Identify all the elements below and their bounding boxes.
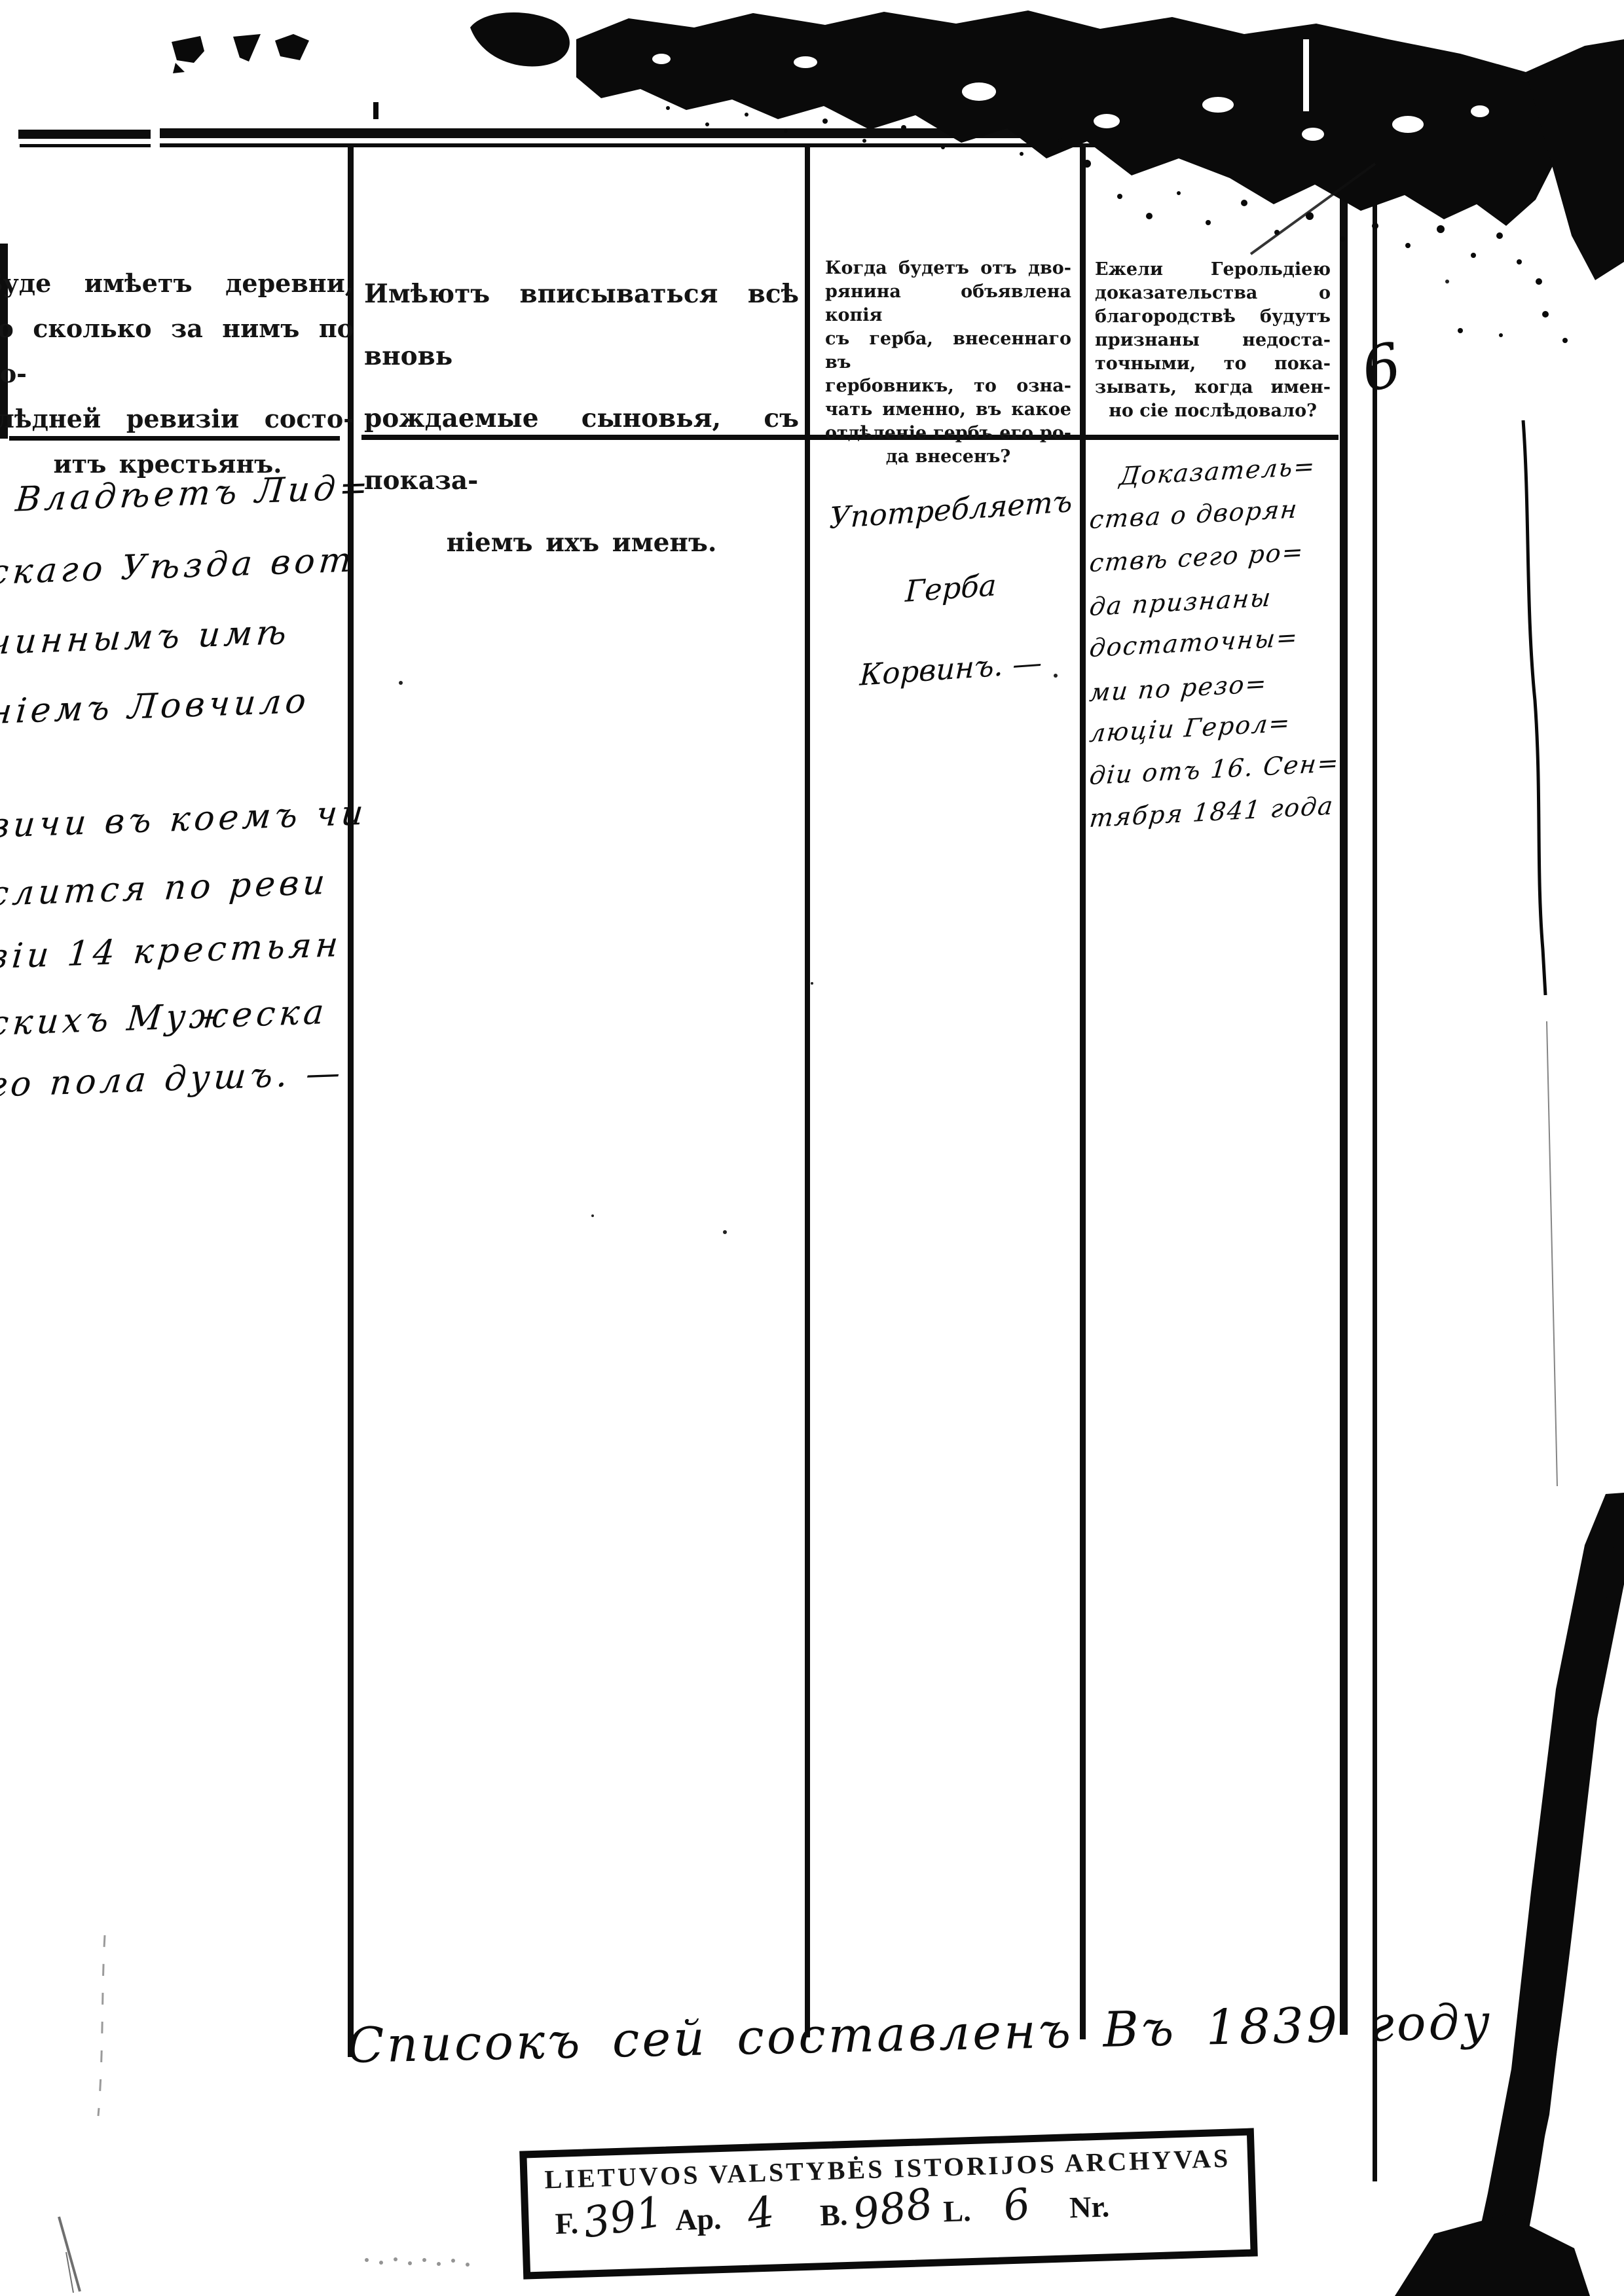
- stamp-field-label: F.: [555, 2206, 579, 2241]
- top-rule-thick-right: [160, 128, 1399, 138]
- handwritten-line: ми по резо=: [1088, 665, 1353, 707]
- blotch-white-pockets: [652, 39, 1489, 141]
- header-line: благородствѣ будутъ: [1095, 305, 1331, 329]
- header-line: Имѣютъ вписываться всѣ вновь: [364, 263, 799, 388]
- top-rule-thin-right: [160, 143, 1393, 147]
- header-line: то сколько за нимъ по по-: [0, 306, 354, 396]
- handwritten-line: достаточны=: [1088, 620, 1353, 663]
- archive-stamp: LIETUVOS VALSTYBĖS ISTORIJOS ARCHYVAS F.…: [519, 2128, 1258, 2279]
- divider-col3-col4: [1080, 145, 1086, 2039]
- handwritten-line: скаго Уѣзда вот: [0, 539, 384, 592]
- header-line: точными, то пока-: [1095, 352, 1331, 376]
- header-line: Когда будетъ отъ дво-: [825, 257, 1071, 280]
- header-line: Ежели Герольдіею: [1095, 258, 1331, 282]
- header-line: зывать, когда имен-: [1095, 376, 1331, 399]
- header-line: чать именно, въ какое: [825, 398, 1071, 422]
- pencil-marks: [59, 1935, 105, 2293]
- compilation-note: Списокъ сей составленъ Въ 1839 году: [346, 1994, 1493, 2074]
- header-line: слѣдней ревизіи состо-: [0, 396, 354, 441]
- handwritten-line: Употребляетъ: [820, 483, 1082, 536]
- stamp-field-label: Ap.: [674, 2201, 722, 2237]
- pencil-dots: [365, 2257, 470, 2267]
- right-edge-crease-faint: [1547, 1021, 1557, 1486]
- fold-crack-line: [1251, 164, 1375, 254]
- scanned-page: Буде имѣетъ деревни, то сколько за нимъ …: [0, 0, 1624, 2296]
- header-line: доказательства о: [1095, 282, 1331, 305]
- handwritten-line: Доказатель=: [1088, 448, 1383, 493]
- handwritten-line: скихъ Мужеска: [0, 991, 384, 1044]
- stamp-field-value: 988: [849, 2179, 936, 2240]
- header-line: ніемъ ихъ именъ.: [364, 512, 799, 574]
- header-line: отдѣленіе гербъ его ро-: [825, 422, 1071, 445]
- page-number-annotation: 6: [1356, 329, 1408, 406]
- column-header-heraldry: Ежели Герольдіею доказательства о благор…: [1095, 258, 1331, 423]
- handwritten-line: люціи Герол=: [1088, 705, 1353, 748]
- header-line: рождаемые сыновья, съ показа-: [364, 388, 799, 512]
- handwritten-line: слится по реви: [0, 861, 384, 914]
- handwritten-line: Герба: [820, 562, 1082, 615]
- stamp-field-label: Nr.: [1069, 2189, 1110, 2225]
- handwritten-line: ства о дворян: [1088, 492, 1353, 534]
- handwritten-line: зіи 14 крестьян: [0, 924, 384, 977]
- stamp-field-label: B.: [819, 2197, 848, 2232]
- top-ink-marks: [172, 12, 570, 119]
- stamp-field-label: L.: [943, 2193, 972, 2229]
- column-header-herb: Когда будетъ отъ дво- рянина объявлена к…: [825, 257, 1071, 469]
- header-line: Буде имѣетъ деревни,: [0, 261, 354, 306]
- top-rule-thick-left: [18, 130, 151, 139]
- stamp-field-value: 6: [1000, 2179, 1034, 2231]
- handwritten-line: го пола душъ. —: [0, 1052, 384, 1105]
- header-line: рянина объявлена копія: [825, 280, 1071, 327]
- handwritten-line: діи отъ 16. Сен=: [1088, 748, 1353, 790]
- handwritten-line: ствѣ сего ро=: [1088, 535, 1353, 577]
- divider-col2-col3: [805, 145, 810, 2037]
- handwritten-line: Корвинъ. —: [820, 642, 1082, 695]
- stamp-field-value: 391: [580, 2188, 667, 2248]
- handwritten-line: чиннымъ имѣ: [0, 610, 384, 663]
- handwritten-line: ніемъ Ловчило: [0, 679, 384, 732]
- column-header-sons: Имѣютъ вписываться всѣ вновь рождаемые с…: [364, 263, 799, 574]
- top-rule-thin-left: [20, 144, 151, 147]
- column-header-villages: Буде имѣетъ деревни, то сколько за нимъ …: [0, 261, 354, 486]
- header-line: да внесенъ?: [825, 445, 1071, 469]
- header-line: признаны недоста-: [1095, 329, 1331, 352]
- right-edge-crease: [1523, 420, 1545, 995]
- header-line: съ герба, внесеннаго въ: [825, 327, 1071, 374]
- header-line: гербовникъ, то озна-: [825, 374, 1071, 398]
- header-line: но сіе послѣдовало?: [1095, 399, 1331, 423]
- stamp-field-value: 4: [744, 2187, 778, 2239]
- right-edge-blotches: [1395, 1493, 1624, 2296]
- handwritten-line: вичи въ коемъ чи: [0, 793, 384, 846]
- right-border-inner: [1340, 149, 1348, 2035]
- handwritten-line: да признаны: [1088, 579, 1353, 621]
- handwritten-line: тября 1841 года: [1088, 790, 1353, 833]
